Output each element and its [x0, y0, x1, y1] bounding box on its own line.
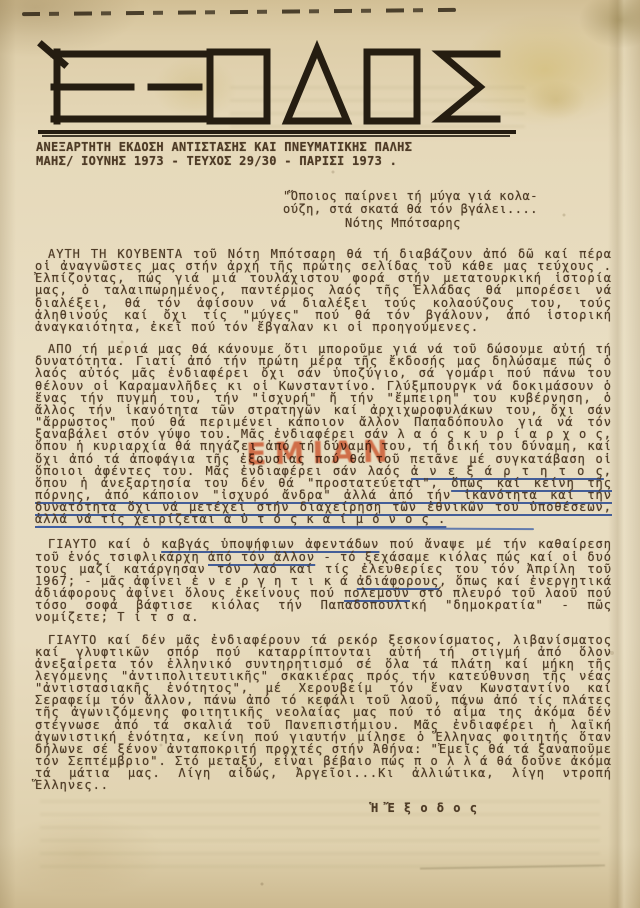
text-segment: ΓΙΑΥΤΟ καί δέν μᾶς ἐνδιαφέρουν τά ρεκόρ … [35, 633, 612, 793]
pen-underline-rule [37, 526, 534, 530]
logo-letter-xi [146, 54, 207, 119]
logo-letter-omicron-1 [210, 52, 267, 121]
logo-letter-omicron-2 [367, 52, 417, 121]
epigraph-line-2: ούζη, στά σκατά θά τόν βγάλει.... [283, 203, 538, 216]
body-paragraph: ΓΙΑΥΤΟ καί δέν μᾶς ἐνδιαφέρουν τά ρεκόρ … [35, 634, 612, 792]
article: ΑΥΤΗ ΤΗ ΚΟΥΒΕΝΤΑ τοῦ Νότη Μπότσαρη θά τή… [35, 248, 612, 814]
logo-letter-sigma [441, 54, 497, 119]
scanned-page: ΑΝΕΞΑΡΤΗΤΗ ΕΚΔΟΣΗ ΑΝΤΙΣΤΑΣΗΣ ΚΑΙ ΠΝΕΥΜΑΤ… [0, 0, 640, 908]
masthead-logo [30, 36, 530, 140]
body-paragraph: ΓΙΑΥΤΟ καί ὁ καβγάς ὑποψήφιων ἀφεντάδων … [35, 538, 612, 623]
epigraph: "Ὅποιος παίρνει τή μύγα γιά κολα- ούζη, … [283, 190, 538, 230]
logo-letter-epsilon [42, 45, 140, 121]
paper-speckles [0, 0, 2, 2]
epigraph-attribution: Νότης Μπότσαρης [345, 217, 538, 230]
logo-letter-delta [287, 49, 347, 121]
body-paragraph: ΑΠΟ τή μεριά μας θά κάνουμε ὅτι μποροῦμε… [35, 343, 612, 525]
masthead-rule [40, 132, 514, 136]
body-paragraph: ΑΥΤΗ ΤΗ ΚΟΥΒΕΝΤΑ τοῦ Νότη Μπότσαρη θά τή… [35, 248, 612, 333]
signature: Ἡ Ἔ ξ ο δ ο ς [371, 802, 612, 814]
emian-watermark: ΕΜΙΑΝ [246, 434, 397, 472]
masthead-subtitle: ΑΝΕΞΑΡΤΗΤΗ ΕΚΔΟΣΗ ΑΝΤΙΣΤΑΣΗΣ ΚΑΙ ΠΝΕΥΜΑΤ… [36, 141, 412, 155]
text-segment: ΑΥΤΗ ΤΗ ΚΟΥΒΕΝΤΑ τοῦ Νότη Μπότσαρη θά τή… [35, 247, 612, 334]
masthead-subtitle-block: ΑΝΕΞΑΡΤΗΤΗ ΕΚΔΟΣΗ ΑΝΤΙΣΤΑΣΗΣ ΚΑΙ ΠΝΕΥΜΑΤ… [36, 141, 412, 168]
masthead-issue-line: ΜΑΗΣ/ ΙΟΥΝΗΣ 1973 - ΤΕΥΧΟΣ 29/30 - ΠΑΡΙΣ… [36, 155, 412, 169]
epigraph-line-1: "Ὅποιος παίρνει τή μύγα γιά κολα- [283, 190, 538, 203]
article-paragraphs: ΑΥΤΗ ΤΗ ΚΟΥΒΕΝΤΑ τοῦ Νότη Μπότσαρη θά τή… [35, 248, 612, 792]
